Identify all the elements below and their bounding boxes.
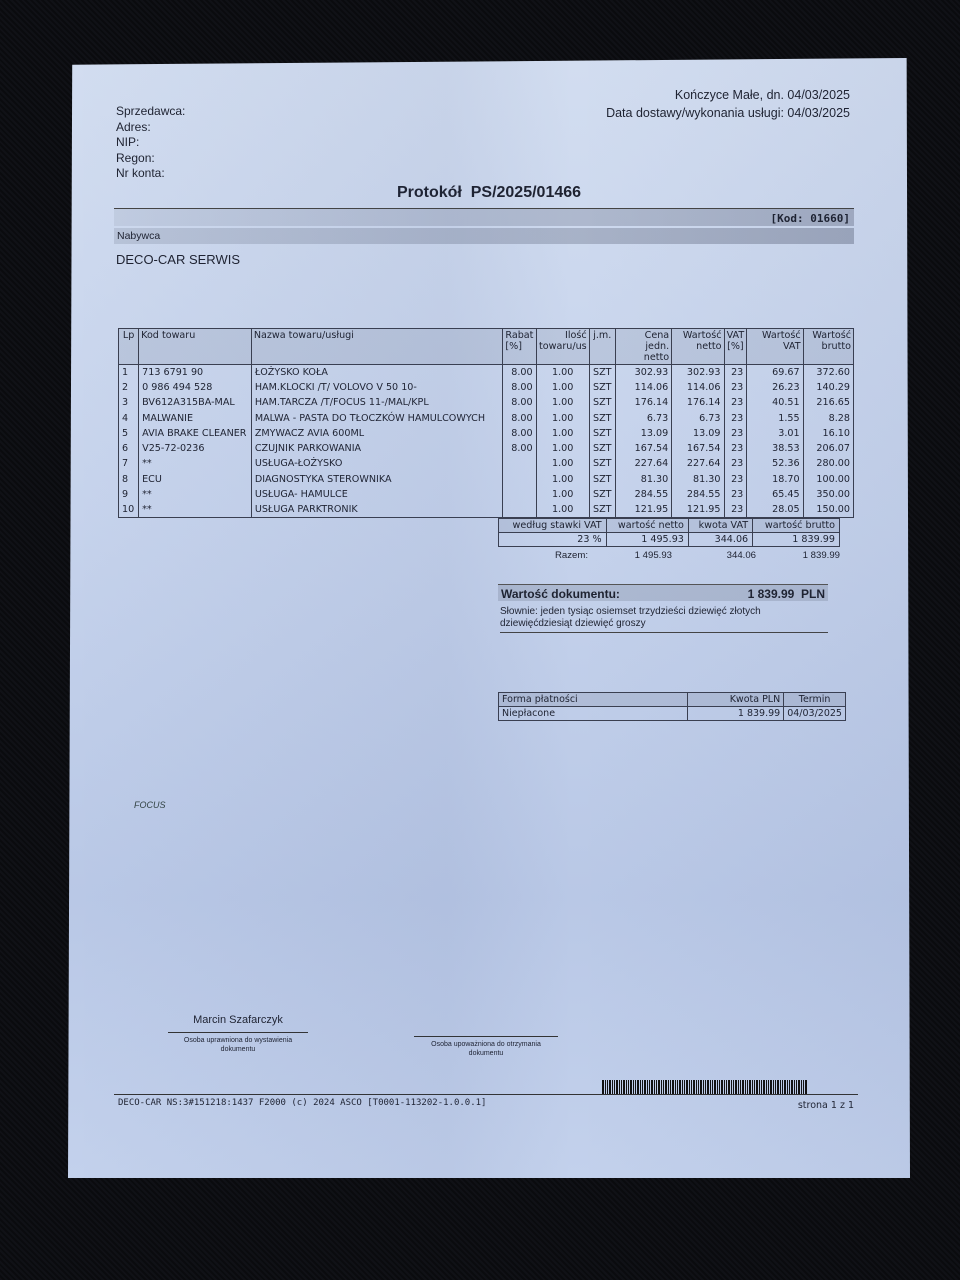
row-cena: 13.09 [615, 426, 671, 441]
row-rabat: 8.00 [503, 395, 536, 410]
items-body: 1713 6791 90ŁOŻYSKO KOŁA8.001.00SZT302.9… [119, 365, 854, 518]
barcode-bar [761, 1080, 762, 1094]
row-cena: 167.54 [615, 441, 671, 456]
barcode-bar [693, 1080, 695, 1094]
row-vat-rate: 23 [724, 410, 747, 425]
barcode-bar [614, 1080, 615, 1094]
document-value: 1 839.99 PLN [748, 587, 825, 601]
payment-form-header: Forma płatności [499, 693, 688, 707]
row-jm: SZT [589, 395, 615, 410]
row-ilosc: 1.00 [536, 472, 589, 487]
table-row: 20 986 494 528HAM.KLOCKI /T/ VOLOVO V 50… [119, 380, 854, 395]
table-row: 4MALWANIEMALWA - PASTA DO TŁOCZKÓW HAMUL… [119, 410, 854, 425]
barcode-bar [602, 1080, 604, 1094]
row-vat-rate: 23 [724, 456, 747, 471]
barcode-bar [735, 1080, 737, 1094]
barcode-bar [759, 1080, 760, 1094]
row-brutto: 8.28 [803, 410, 853, 425]
row-rabat: 8.00 [503, 380, 536, 395]
row-ilosc: 1.00 [536, 365, 589, 380]
receiver-signature: Osoba upoważniona do otrzymania dokument… [414, 1034, 558, 1058]
issuer-name: Marcin Szafarczyk [168, 1014, 308, 1030]
totals-row: Razem: 1 495.93 344.06 1 839.99 [498, 550, 840, 561]
barcode-bar [789, 1080, 790, 1094]
barcode-bar [640, 1080, 641, 1094]
row-nazwa: USŁUGA- HAMULCE [251, 487, 503, 502]
row-vat-value: 3.01 [747, 426, 803, 441]
vat-summary-header: według stawki VAT wartość netto kwota VA… [499, 519, 840, 533]
row-netto: 176.14 [672, 395, 724, 410]
barcode-bar [740, 1080, 741, 1094]
row-lp: 4 [119, 410, 139, 425]
payment-amount: 1 839.99 [688, 707, 784, 721]
barcode-bar [612, 1080, 613, 1094]
row-nazwa: MALWA - PASTA DO TŁOCZKÓW HAMULCOWYCH [251, 410, 503, 425]
vat-amount-header: kwota VAT [688, 519, 752, 533]
barcode-bar [766, 1080, 767, 1094]
row-brutto: 16.10 [803, 426, 853, 441]
barcode-bar [768, 1080, 769, 1094]
table-row: 10**USŁUGA PARKTRONIK1.00SZT121.95121.95… [119, 502, 854, 517]
barcode-bar [630, 1080, 632, 1094]
footer-divider [114, 1094, 858, 1095]
table-row: 7**USŁUGA-ŁOŻYSKO1.00SZT227.64227.642352… [119, 456, 854, 471]
row-netto: 121.95 [672, 502, 724, 517]
barcode-bar [707, 1080, 709, 1094]
barcode [602, 1080, 856, 1094]
col-brutto: Wartość brutto [803, 329, 853, 365]
row-kod: AVIA BRAKE CLEANER [139, 426, 252, 441]
row-nazwa: DIAGNOSTYKA STEROWNIKA [251, 472, 503, 487]
row-vat-value: 65.45 [747, 487, 803, 502]
barcode-bar [682, 1080, 683, 1094]
seller-label: Sprzedawca: [116, 104, 185, 120]
row-nazwa: USŁUGA PARKTRONIK [251, 502, 503, 517]
row-vat-rate: 23 [724, 395, 747, 410]
barcode-bar [752, 1080, 753, 1094]
barcode-bar [794, 1080, 795, 1094]
table-row: 5AVIA BRAKE CLEANERZMYWACZ AVIA 600ML8.0… [119, 426, 854, 441]
barcode-bar [770, 1080, 772, 1094]
barcode-bar [675, 1080, 676, 1094]
payment-due: 04/03/2025 [784, 707, 846, 721]
vat-netto-header: wartość netto [606, 519, 688, 533]
barcode-bar [712, 1080, 713, 1094]
row-netto: 6.73 [672, 410, 724, 425]
row-vat-value: 18.70 [747, 472, 803, 487]
barcode-bar [805, 1080, 807, 1094]
row-netto: 302.93 [672, 365, 724, 380]
vat-netto: 1 495.93 [606, 533, 688, 547]
row-rabat [503, 456, 536, 471]
barcode-bar [619, 1080, 620, 1094]
row-rabat: 8.00 [503, 426, 536, 441]
row-rabat: 8.00 [503, 410, 536, 425]
barcode-bar [728, 1080, 730, 1094]
row-kod: ** [139, 487, 252, 502]
row-kod: ** [139, 456, 252, 471]
barcode-bar [731, 1080, 732, 1094]
barcode-bar [705, 1080, 706, 1094]
issuer-signature-line [168, 1032, 308, 1033]
barcode-bar [633, 1080, 634, 1094]
row-kod: 713 6791 90 [139, 365, 252, 380]
barcode-bar [787, 1080, 788, 1094]
row-ilosc: 1.00 [536, 487, 589, 502]
row-lp: 6 [119, 441, 139, 456]
row-brutto: 150.00 [803, 502, 853, 517]
row-ilosc: 1.00 [536, 426, 589, 441]
barcode-bar [749, 1080, 751, 1094]
row-rabat [503, 487, 536, 502]
row-rabat [503, 472, 536, 487]
row-lp: 9 [119, 487, 139, 502]
vat-brutto: 1 839.99 [753, 533, 840, 547]
row-vat-value: 28.05 [747, 502, 803, 517]
issuer-caption: Osoba uprawniona do wystawienia dokument… [168, 1036, 308, 1054]
barcode-bar [637, 1080, 639, 1094]
barcode-bar [733, 1080, 734, 1094]
barcode-bar [677, 1080, 678, 1094]
row-ilosc: 1.00 [536, 441, 589, 456]
barcode-bar [773, 1080, 774, 1094]
col-vat-value: Wartość VAT [747, 329, 803, 365]
row-jm: SZT [589, 365, 615, 380]
barcode-bar [801, 1080, 802, 1094]
barcode-bar [672, 1080, 674, 1094]
row-vat-rate: 23 [724, 441, 747, 456]
barcode-bar [635, 1080, 636, 1094]
barcode-bar [663, 1080, 664, 1094]
row-rabat [503, 502, 536, 517]
account-label: Nr konta: [116, 166, 185, 182]
row-kod: V25-72-0236 [139, 441, 252, 456]
row-rabat: 8.00 [503, 441, 536, 456]
row-cena: 6.73 [615, 410, 671, 425]
payment-header: Forma płatności Kwota PLN Termin [499, 693, 846, 707]
row-netto: 167.54 [672, 441, 724, 456]
barcode-bar [775, 1080, 776, 1094]
barcode-bar [647, 1080, 648, 1094]
row-nazwa: ZMYWACZ AVIA 600ML [251, 426, 503, 441]
row-netto: 227.64 [672, 456, 724, 471]
barcode-bar [700, 1080, 702, 1094]
col-nazwa: Nazwa towaru/usługi [251, 329, 503, 365]
payment-form: Niepłacone [499, 707, 688, 721]
row-cena: 81.30 [615, 472, 671, 487]
row-vat-rate: 23 [724, 472, 747, 487]
col-ilosc: Ilość towaru/us [536, 329, 589, 365]
vat-rate: 23 % [499, 533, 607, 547]
amount-in-words: Słownie: jeden tysiąc osiemset trzydzieś… [500, 606, 828, 633]
col-kod: Kod towaru [139, 329, 252, 365]
barcode-bar [626, 1080, 627, 1094]
row-jm: SZT [589, 487, 615, 502]
barcode-bar [726, 1080, 727, 1094]
barcode-bar [719, 1080, 720, 1094]
payment-table: Forma płatności Kwota PLN Termin Niepłac… [498, 692, 846, 721]
barcode-bar [803, 1080, 804, 1094]
table-row: 9**USŁUGA- HAMULCE1.00SZT284.55284.55236… [119, 487, 854, 502]
row-vat-rate: 23 [724, 502, 747, 517]
barcode-bar [784, 1080, 786, 1094]
barcode-bar [742, 1080, 744, 1094]
row-vat-value: 1.55 [747, 410, 803, 425]
row-ilosc: 1.00 [536, 410, 589, 425]
row-vat-rate: 23 [724, 426, 747, 441]
row-ilosc: 1.00 [536, 502, 589, 517]
row-vat-rate: 23 [724, 487, 747, 502]
barcode-bar [679, 1080, 681, 1094]
row-nazwa: HAM.KLOCKI /T/ VOLOVO V 50 10- [251, 380, 503, 395]
totals-brutto: 1 839.99 [756, 550, 840, 561]
barcode-bar [654, 1080, 655, 1094]
barcode-bar [710, 1080, 711, 1094]
barcode-bar [616, 1080, 618, 1094]
row-cena: 284.55 [615, 487, 671, 502]
row-brutto: 216.65 [803, 395, 853, 410]
row-kod: MALWANIE [139, 410, 252, 425]
row-jm: SZT [589, 380, 615, 395]
barcode-bar [656, 1080, 657, 1094]
document-page: Sprzedawca: Adres: NIP: Regon: Nr konta:… [68, 58, 910, 1178]
barcode-bar [780, 1080, 781, 1094]
barcode-bar [756, 1080, 758, 1094]
barcode-bar [791, 1080, 793, 1094]
barcode-bar [689, 1080, 690, 1094]
barcode-bar [609, 1080, 611, 1094]
row-vat-value: 38.53 [747, 441, 803, 456]
barcode-bar [665, 1080, 667, 1094]
row-vat-value: 69.67 [747, 365, 803, 380]
row-kod: ** [139, 502, 252, 517]
row-lp: 3 [119, 395, 139, 410]
table-row: 3BV612A315BA-MALHAM.TARCZA /T/FOCUS 11-/… [119, 395, 854, 410]
col-netto: Wartość netto [672, 329, 724, 365]
place-date: Kończyce Małe, dn. 04/03/2025 [606, 86, 850, 104]
row-nazwa: CZUJNIK PARKOWANIA [251, 441, 503, 456]
row-netto: 284.55 [672, 487, 724, 502]
barcode-bar [670, 1080, 671, 1094]
row-brutto: 372.60 [803, 365, 853, 380]
row-jm: SZT [589, 441, 615, 456]
table-row: 8ECUDIAGNOSTYKA STEROWNIKA1.00SZT81.3081… [119, 472, 854, 487]
barcode-bar [658, 1080, 660, 1094]
barcode-bar [649, 1080, 650, 1094]
delivery-date: Data dostawy/wykonania usługi: 04/03/202… [606, 104, 850, 122]
row-nazwa: HAM.TARCZA /T/FOCUS 11-/MAL/KPL [251, 395, 503, 410]
col-jm: j.m. [589, 329, 615, 365]
seller-block: Sprzedawca: Adres: NIP: Regon: Nr konta: [116, 104, 185, 182]
issuer-signature: Marcin Szafarczyk Osoba uprawniona do wy… [168, 1014, 308, 1054]
col-lp: Lp [119, 329, 139, 365]
row-brutto: 206.07 [803, 441, 853, 456]
barcode-bar [651, 1080, 653, 1094]
barcode-bar [684, 1080, 685, 1094]
vat-amount: 344.06 [688, 533, 752, 547]
barcode-bar [605, 1080, 606, 1094]
row-netto: 13.09 [672, 426, 724, 441]
row-cena: 302.93 [615, 365, 671, 380]
barcode-bar [621, 1080, 622, 1094]
row-lp: 7 [119, 456, 139, 471]
row-nazwa: ŁOŻYSKO KOŁA [251, 365, 503, 380]
barcode-bar [698, 1080, 699, 1094]
buyer-code: [Kod: 01660] [114, 208, 854, 226]
payment-due-header: Termin [784, 693, 846, 707]
row-brutto: 350.00 [803, 487, 853, 502]
document-value-bar: Wartość dokumentu: 1 839.99 PLN [498, 584, 828, 601]
barcode-bar [782, 1080, 783, 1094]
table-row: 1713 6791 90ŁOŻYSKO KOŁA8.001.00SZT302.9… [119, 365, 854, 380]
barcode-bar [763, 1080, 765, 1094]
barcode-bar [623, 1080, 625, 1094]
row-ilosc: 1.00 [536, 395, 589, 410]
row-cena: 176.14 [615, 395, 671, 410]
items-table: Lp Kod towaru Nazwa towaru/usługi Rabat … [118, 328, 854, 518]
row-ilosc: 1.00 [536, 456, 589, 471]
barcode-bar [661, 1080, 662, 1094]
barcode-bar [777, 1080, 779, 1094]
col-vat-rate: VAT [%] [724, 329, 747, 365]
vat-summary-table: według stawki VAT wartość netto kwota VA… [498, 518, 840, 547]
row-lp: 10 [119, 502, 139, 517]
vat-brutto-header: wartość brutto [753, 519, 840, 533]
totals-label: Razem: [498, 550, 588, 561]
row-cena: 121.95 [615, 502, 671, 517]
row-lp: 5 [119, 426, 139, 441]
address-label: Adres: [116, 120, 185, 136]
barcode-bar [796, 1080, 797, 1094]
row-lp: 2 [119, 380, 139, 395]
barcode-bar [686, 1080, 688, 1094]
barcode-bar [798, 1080, 800, 1094]
col-cena: Cena jedn. netto [615, 329, 671, 365]
barcode-bar [717, 1080, 718, 1094]
row-nazwa: USŁUGA-ŁOŻYSKO [251, 456, 503, 471]
row-brutto: 140.29 [803, 380, 853, 395]
items-header-row: Lp Kod towaru Nazwa towaru/usługi Rabat … [119, 329, 854, 365]
payment-row: Niepłacone 1 839.99 04/03/2025 [499, 707, 846, 721]
row-lp: 1 [119, 365, 139, 380]
row-kod: 0 986 494 528 [139, 380, 252, 395]
document-value-label: Wartość dokumentu: [501, 587, 620, 601]
vat-rate-header: według stawki VAT [499, 519, 607, 533]
place-date-block: Kończyce Małe, dn. 04/03/2025 Data dosta… [606, 86, 850, 122]
barcode-bar [747, 1080, 748, 1094]
buyer-label: Nabywca [114, 228, 854, 244]
barcode-bar [714, 1080, 716, 1094]
row-jm: SZT [589, 502, 615, 517]
nip-label: NIP: [116, 135, 185, 151]
barcode-bar [691, 1080, 692, 1094]
barcode-bar [642, 1080, 643, 1094]
receiver-signature-line [414, 1036, 558, 1037]
row-jm: SZT [589, 426, 615, 441]
vat-summary-row: 23 % 1 495.93 344.06 1 839.99 [499, 533, 840, 547]
receiver-caption: Osoba upoważniona do otrzymania dokument… [414, 1040, 558, 1058]
row-netto: 114.06 [672, 380, 724, 395]
barcode-bar [703, 1080, 704, 1094]
barcode-bar [738, 1080, 739, 1094]
barcode-bar [628, 1080, 629, 1094]
row-rabat: 8.00 [503, 365, 536, 380]
row-kod: ECU [139, 472, 252, 487]
col-rabat: Rabat [%] [503, 329, 536, 365]
footer-software: DECO-CAR NS:3#151218:1437 F2000 (c) 2024… [118, 1098, 486, 1108]
row-jm: SZT [589, 410, 615, 425]
barcode-bar [754, 1080, 755, 1094]
row-lp: 8 [119, 472, 139, 487]
totals-vat: 344.06 [672, 550, 756, 561]
barcode-bar [724, 1080, 725, 1094]
note-text: FOCUS [134, 800, 166, 810]
barcode-bar [607, 1080, 608, 1094]
document-title: Protokół PS/2025/01466 [68, 184, 910, 202]
row-ilosc: 1.00 [536, 380, 589, 395]
table-row: 6V25-72-0236CZUJNIK PARKOWANIA8.001.00SZ… [119, 441, 854, 456]
row-vat-rate: 23 [724, 365, 747, 380]
row-kod: BV612A315BA-MAL [139, 395, 252, 410]
barcode-bar [644, 1080, 646, 1094]
row-vat-rate: 23 [724, 380, 747, 395]
barcode-bar [721, 1080, 723, 1094]
totals-netto: 1 495.93 [588, 550, 672, 561]
row-jm: SZT [589, 456, 615, 471]
row-vat-value: 40.51 [747, 395, 803, 410]
barcode-bar [668, 1080, 669, 1094]
payment-amount-header: Kwota PLN [688, 693, 784, 707]
row-netto: 81.30 [672, 472, 724, 487]
row-jm: SZT [589, 472, 615, 487]
barcode-bar [696, 1080, 697, 1094]
buyer-name: DECO-CAR SERWIS [116, 252, 240, 267]
row-vat-value: 26.23 [747, 380, 803, 395]
row-cena: 114.06 [615, 380, 671, 395]
row-brutto: 280.00 [803, 456, 853, 471]
row-cena: 227.64 [615, 456, 671, 471]
regon-label: Regon: [116, 151, 185, 167]
row-vat-value: 52.36 [747, 456, 803, 471]
barcode-bar [745, 1080, 746, 1094]
page-number: strona 1 z 1 [798, 1100, 854, 1111]
row-brutto: 100.00 [803, 472, 853, 487]
